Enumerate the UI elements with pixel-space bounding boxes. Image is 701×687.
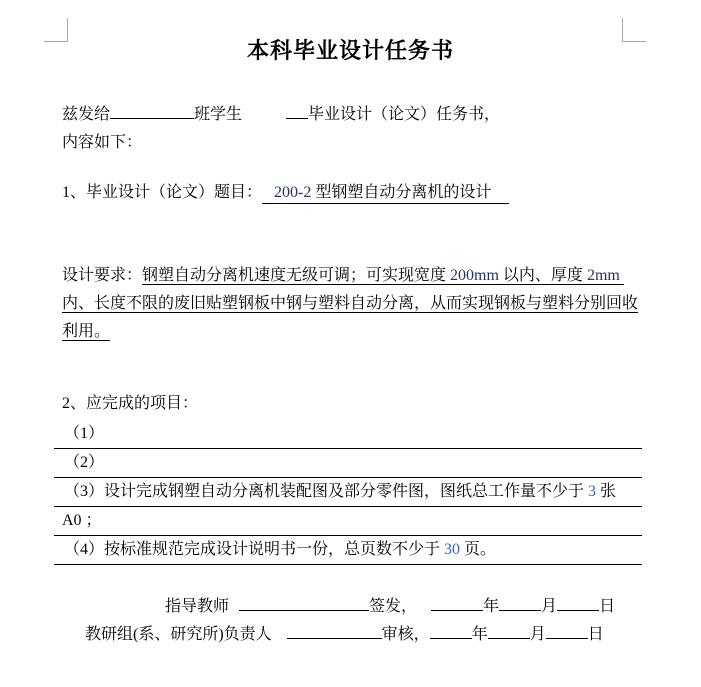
item-3-seg1-text: （3）设计完成钢塑自动分离机装配图及部分零件图，图纸总工作量不少于 [64,483,588,500]
advisor-label-text: 指导教师 [165,598,229,615]
item-4-row: （4）按标准规范完成设计说明书一份，总页数不少于 30 页。 [54,536,642,565]
crop-mark-top-right-icon [622,18,646,42]
item-1-row: （1） [54,420,642,449]
topic-title-text: 型钢塑自动分离机的设计 [311,184,491,201]
item-2-label: （2） [64,454,104,471]
advisor-signature-row: 指导教师签发，年月日 [165,593,701,621]
group-leader-name-blank [287,623,382,639]
group-month-blank [488,623,530,639]
topic-section: 1、毕业设计（论文）题目：200-2 型钢塑自动分离机的设计 [62,179,639,235]
group-year-label: 年 [472,626,488,643]
item-4-count-text: 30 [444,541,460,558]
width-value-text: 200mm [450,267,499,284]
item-3-row-line-2: A0 ； [54,507,642,536]
document-page: 本科毕业设计任务书 兹发给班学生毕业设计（论文）任务书， 内容如下： 1、毕业设… [0,0,701,687]
intro-gap [242,118,286,119]
group-action-text: 审核， [382,626,430,643]
advisor-day-label: 日 [599,598,615,615]
task-suffix-text: 毕业设计（论文）任务书， [308,106,500,123]
item-3-count-text: 3 [588,483,596,500]
class-suffix-text: 班学生 [194,106,242,123]
item-4-seg1-text: （4）按标准规范完成设计说明书一份，总页数不少于 [64,541,444,558]
content-label-text: 内容如下： [62,134,142,151]
advisor-month-label: 月 [541,598,557,615]
advisor-action-text: 签发， [369,598,417,615]
item-3-row-line-1: （3）设计完成钢塑自动分离机装配图及部分零件图，图纸总工作量不少于 3 张 [54,478,642,507]
student-name-blank [286,103,308,119]
requirements-body: 钢塑自动分离机速度无级可调；可实现宽度 200mm 以内、厚度 2mm 内、长度… [62,267,638,340]
topic-label-text: 1、毕业设计（论文）题目： [62,184,262,201]
item-4-seg2-text: 页。 [460,541,496,558]
item-2-row: （2） [54,449,642,478]
item-3-seg2-text: 张 [596,483,616,500]
intro-line-2: 内容如下： [62,129,639,157]
requirements-seg2-text: 以内、厚度 [499,267,587,284]
group-leader-signature-row: 教研组(系、研究所)负责人审核，年月日 [85,621,701,649]
sig-gap [272,638,287,639]
items-list: （1） （2） （3）设计完成钢塑自动分离机装配图及部分零件图，图纸总工作量不少… [54,420,642,565]
items-section-label: 2、应完成的项目： [62,390,639,418]
intro-paragraph: 兹发给班学生毕业设计（论文）任务书， 内容如下： [62,101,639,157]
intro-line-1: 兹发给班学生毕业设计（论文）任务书， [62,101,639,129]
signature-block: 指导教师签发，年月日 教研组(系、研究所)负责人审核，年月日 [0,593,701,649]
group-month-label: 月 [530,626,546,643]
sig-gap [229,610,239,611]
thickness-value-text: 2mm [587,267,620,284]
advisor-year-label: 年 [483,598,499,615]
requirements-seg1-text: 钢塑自动分离机速度无级可调；可实现宽度 [142,267,450,284]
group-year-blank [430,623,472,639]
group-label-text: 教研组(系、研究所)负责人 [85,626,272,643]
item-3-paper-size-text: A0 ； [62,512,102,529]
sig-gap [417,610,431,611]
crop-mark-top-left-icon [44,18,68,42]
issue-prefix-text: 兹发给 [62,106,110,123]
class-name-blank [110,103,194,119]
topic-value: 200-2 型钢塑自动分离机的设计 [262,184,509,204]
topic-model-number: 200-2 [274,184,311,201]
advisor-year-blank [431,595,483,611]
requirements-label-text: 设计要求： [62,267,142,284]
advisor-day-blank [557,595,599,611]
advisor-name-blank [239,595,369,611]
item-1-label: （1） [64,425,104,442]
page-title: 本科毕业设计任务书 [0,38,701,64]
group-day-label: 日 [588,626,604,643]
design-requirements-paragraph: 设计要求：钢塑自动分离机速度无级可调；可实现宽度 200mm 以内、厚度 2mm… [62,262,640,374]
advisor-month-blank [499,595,541,611]
group-day-blank [546,623,588,639]
